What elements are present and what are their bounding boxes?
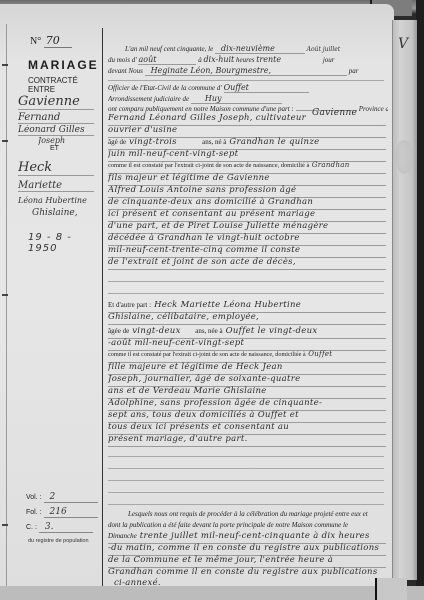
book-edge-right (392, 20, 417, 580)
rule (108, 468, 384, 469)
c-value: 3. (39, 522, 93, 533)
born-label: ans, née à (195, 327, 222, 335)
born-label: ans, né à (202, 138, 226, 146)
book-tab (375, 578, 407, 600)
age-label: âgée de (108, 327, 129, 335)
hour-handwritten: dix-huit (203, 55, 234, 64)
rule (108, 492, 384, 493)
act-text: ont comparu publiquement en notre Maison… (108, 105, 294, 113)
document-title: MARIAGE (28, 58, 99, 72)
groom-last-given-name: Joseph (38, 136, 78, 145)
rule (108, 504, 384, 505)
closing-text: dont la publication a été faite devant l… (108, 521, 348, 529)
act-number: N° 70 (30, 34, 72, 47)
et-label: ET (50, 145, 59, 152)
act-number-label: N° (30, 36, 41, 47)
rule (108, 281, 384, 282)
bride-domicile-handwritten: Ouffet (308, 350, 332, 358)
act-line-2: du mois d' août à dix-huit heures trente… (108, 55, 388, 66)
month-correction: Août juillet (307, 46, 341, 53)
act-line-1: L'an mil neuf cent cinquante, le dix-neu… (125, 44, 405, 55)
act-line-5: Arrondissement judiciaire de Huy (108, 94, 388, 105)
bride-age-handwritten: vingt-deux (132, 326, 192, 336)
c-label: C. : (26, 524, 37, 531)
rule (108, 480, 384, 481)
rule (108, 80, 384, 81)
act-text: du mois d' (108, 56, 137, 64)
column-divider (102, 28, 103, 590)
act-text: Arrondissement judiciaire de (108, 95, 189, 103)
faded-stamp (395, 140, 413, 174)
act-number-value: 70 (44, 34, 72, 48)
minutes-handwritten: trente (256, 55, 321, 64)
groom-domicile-handwritten: Grandhan (312, 161, 350, 169)
folio-field: Fol. : 216 (26, 507, 98, 518)
volume-label: Vol. : (26, 494, 42, 501)
closing-text: Lesquels nous ont requis de procéder à l… (128, 510, 368, 518)
groom-first-name: Fernand (18, 112, 94, 124)
act-line-3: devant Nous Heginate Léon, Bourgmestre, … (108, 66, 388, 77)
bride-surname: Heck (18, 160, 94, 176)
registry-note: du registre de population (28, 538, 89, 544)
commune-handwritten: Ouffet (224, 83, 309, 93)
groom-middle-names: Léonard Gilles (18, 125, 94, 136)
book-edge-right-dark (416, 0, 424, 600)
bride-last-given-name: Ghislaine, (32, 208, 108, 218)
groom-name-handwritten: Fernand Léonard Gilles Joseph, cultivate… (108, 113, 306, 123)
c-field: C. : 3. (26, 522, 93, 533)
dimanche-label: Dimanche (108, 532, 137, 540)
book-edge-bottom (0, 586, 424, 600)
groom-birthplace-handwritten: Grandhan le quinze (229, 137, 319, 147)
act-text: L'an mil neuf cent cinquante, le (125, 45, 213, 53)
bride-first-name: Mariette (18, 180, 94, 192)
groom-age-handwritten: vingt-trois (129, 137, 199, 147)
other-part-label: Et d'autre part : (108, 301, 151, 309)
marriage-date: 19 - 8 - 1950 (28, 232, 102, 254)
volume-field: Vol. : 2 (26, 492, 98, 503)
extract-label: comme il est constaté par l'extrait ci-j… (108, 351, 306, 358)
act-text: heures (236, 56, 254, 64)
folio-label: Fol. : (26, 509, 42, 516)
bride-middle-names: Léona Hubertine (18, 196, 94, 205)
folio-value: 216 (44, 507, 98, 518)
district-handwritten: Huy (191, 94, 282, 104)
rule (108, 293, 384, 294)
age-label: âgé de (108, 138, 126, 146)
volume-value: 2 (44, 492, 98, 503)
publication-date-handwritten: trente juillet mil-neuf-cent-cinquante à… (140, 531, 370, 541)
month-handwritten: août (138, 55, 196, 65)
bride-text-line: présent mariage, d'autre part. (108, 434, 386, 447)
document-subtitle: CONTRACTÉ ENTRE (28, 76, 102, 94)
groom-surname-handwritten: Gavienne (312, 108, 386, 120)
act-text: par (349, 67, 359, 75)
closing-line-1: Lesquels nous ont requis de procéder à l… (128, 510, 408, 521)
act-text: devant Nous (108, 67, 143, 75)
left-column: N° 70 MARIAGE CONTRACTÉ ENTRE Gavienne F… (0, 0, 102, 600)
rule (108, 456, 384, 457)
act-text: Officier de l'Etat-Civil de la commune d… (108, 84, 222, 92)
act-text: à (198, 56, 202, 64)
groom-surname: Gavienne (18, 94, 94, 110)
act-text: jour (323, 56, 335, 64)
bride-name-handwritten: Heck Mariette Léona Hubertine (154, 300, 301, 310)
bride-birthplace-handwritten: Ouffet le vingt-deux (226, 326, 318, 336)
groom-text-line: de l'extrait et joint de son acte de déc… (108, 257, 386, 270)
extract-label: comme il est constaté par l'extrait ci-j… (108, 162, 309, 169)
act-line-4: Officier de l'Etat-Civil de la commune d… (108, 83, 388, 94)
officer-handwritten: Heginate Léon, Bourgmestre, (145, 66, 347, 76)
day-handwritten: dix-neuvième (215, 44, 305, 54)
bride-occupation-line: Ghislaine, célibataire, employée, (108, 312, 386, 325)
